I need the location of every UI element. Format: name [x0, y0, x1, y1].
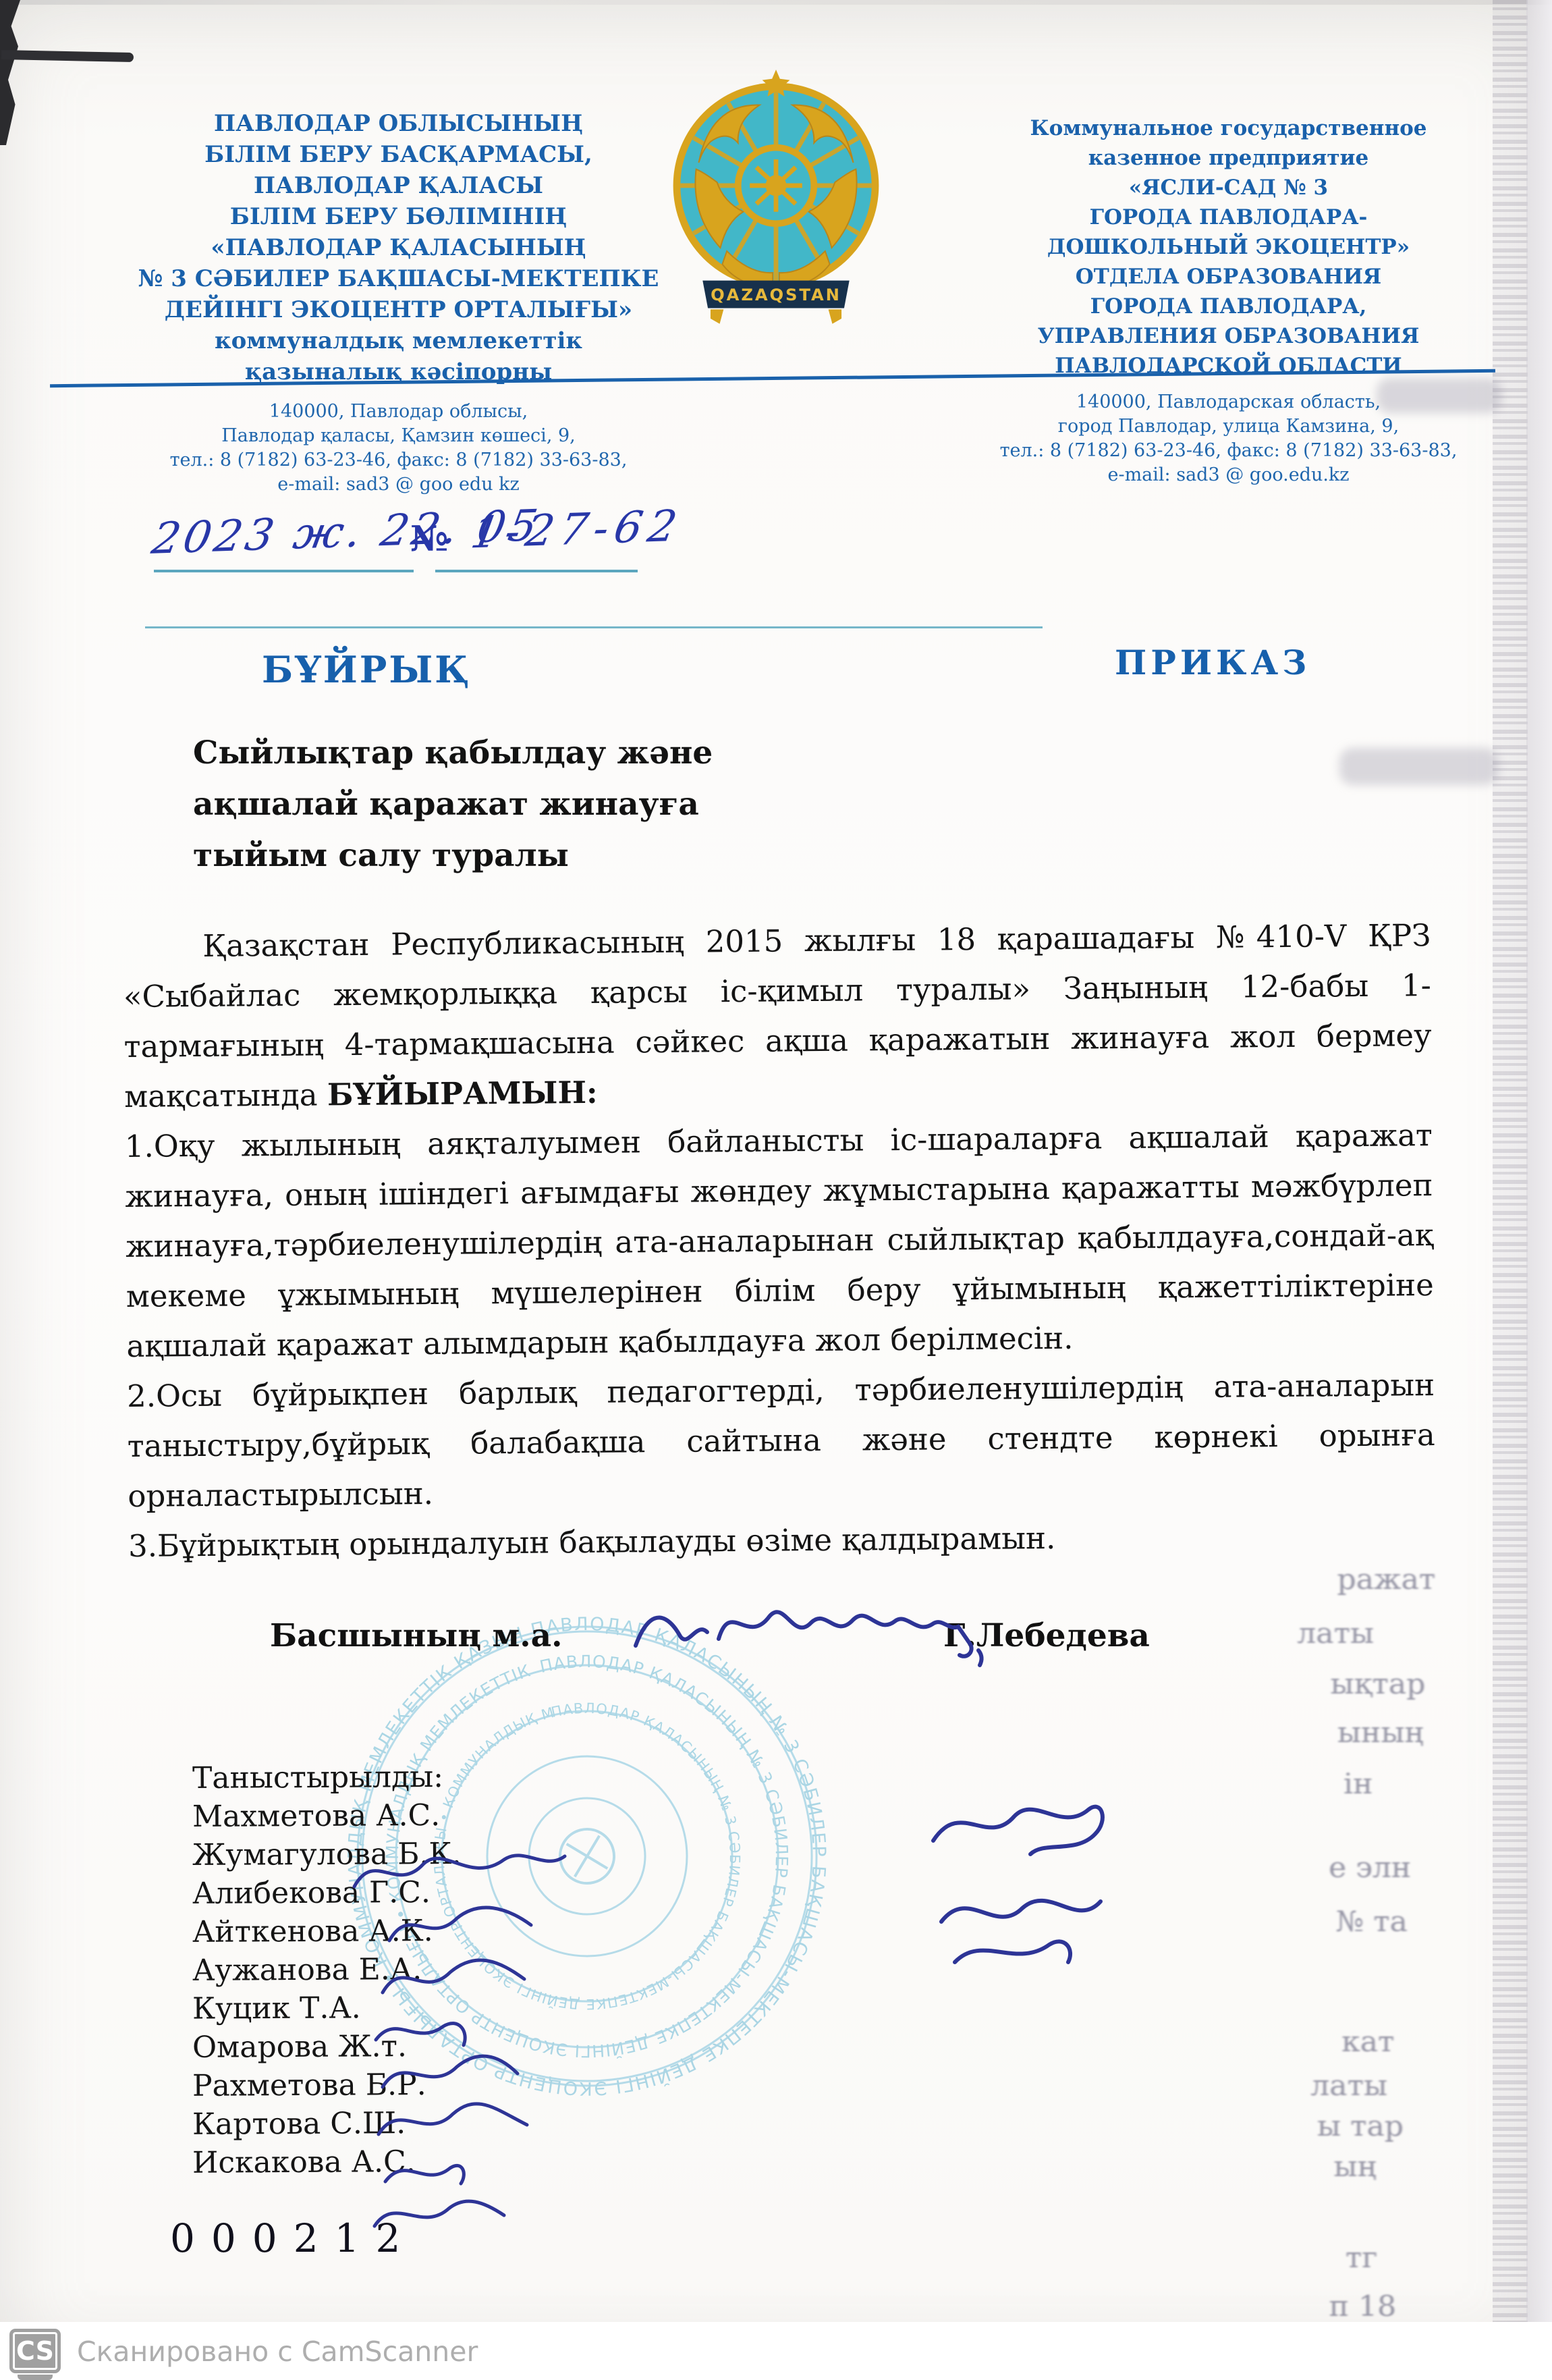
- camscanner-logo-flap: [18, 2375, 53, 2380]
- letterhead-line: коммуналдық мемлекеттік: [113, 325, 684, 356]
- address-line: Павлодар қаласы, Қамзин көшесі, 9,: [113, 424, 684, 448]
- scan-pen-mark: [1, 50, 134, 62]
- letterhead-line: ГОРОДА ПАВЛОДАРА-: [937, 202, 1520, 232]
- order-title-kazakh: БҰЙРЫҚ: [262, 648, 471, 691]
- order-title-russian: ПРИКАЗ: [1115, 643, 1310, 682]
- letterhead-line: ПАВЛОДАР ОБЛЫСЫНЫҢ: [113, 108, 684, 139]
- bleedthrough-text: ін: [1343, 1767, 1373, 1800]
- number-sign: №: [410, 518, 449, 560]
- address-line: e-mail: sad3 @ goo edu kz: [113, 472, 684, 497]
- letterhead-line: № 3 СӘБИЛЕР БАҚШАСЫ-МЕКТЕПКЕ: [113, 263, 684, 294]
- letterhead-russian: Коммунальное государственное казенное пр…: [937, 113, 1520, 381]
- order-preamble: Қазақстан Республикасының 2015 жылғы 18 …: [123, 911, 1433, 1122]
- letterhead-line: УПРАВЛЕНИЯ ОБРАЗОВАНИЯ: [937, 321, 1520, 351]
- order-verb: БҰЙЫРАМЫН:: [327, 1075, 598, 1112]
- bleedthrough-text: латы: [1297, 1617, 1374, 1650]
- handwritten-number: 1-27-62: [467, 502, 686, 559]
- scan-top-edge: [0, 0, 1552, 5]
- letterhead-line: «ЯСЛИ-САД № 3: [937, 173, 1520, 202]
- scan-smudge: [1339, 748, 1498, 785]
- address-line: город Павлодар, улица Камзина, 9,: [937, 414, 1520, 439]
- kazakhstan-emblem-icon: QAZAQSTAN: [665, 62, 887, 329]
- subject-line: тыйым салу туралы: [193, 830, 800, 882]
- letterhead-line: ОТДЕЛА ОБРАЗОВАНИЯ: [937, 262, 1520, 292]
- letterhead-line: Коммунальное государственное: [937, 113, 1520, 143]
- bleedthrough-text: ың: [1333, 2150, 1376, 2183]
- acquainted-label: Таныстырылды:: [192, 1760, 443, 1795]
- letterhead-line: ПАВЛОДАР ҚАЛАСЫ: [113, 170, 684, 201]
- scan-right-edge-paper: [1526, 0, 1552, 2380]
- emblem-banner-text: QAZAQSTAN: [711, 285, 841, 304]
- preamble-text: Қазақстан Республикасының 2015 жылғы 18 …: [123, 917, 1432, 1114]
- signer-role: Басшының м.а.: [270, 1617, 562, 1654]
- camscanner-logo-icon: CS: [9, 2329, 61, 2373]
- bleedthrough-text: ы тар: [1317, 2109, 1404, 2142]
- letterhead-line: БІЛІМ БЕРУ БӨЛІМІНІҢ: [113, 201, 684, 232]
- address-line: тел.: 8 (7182) 63-23-46, факс: 8 (7182) …: [113, 448, 684, 472]
- bleedthrough-text: ының: [1337, 1716, 1424, 1749]
- bleedthrough-text: ықтар: [1331, 1667, 1426, 1700]
- bleedthrough-text: кат: [1341, 2025, 1394, 2058]
- letterhead-line: ДОШКОЛЬНЫЙ ЭКОЦЕНТР»: [937, 232, 1520, 262]
- director-signature: [628, 1579, 1005, 1674]
- letterhead-line: БІЛІМ БЕРУ БАСҚАРМАСЫ,: [113, 139, 684, 170]
- subject-line: Сыйлықтар қабылдау және: [193, 728, 800, 779]
- address-line: 140000, Павлодарская область,: [937, 390, 1520, 414]
- address-kazakh: 140000, Павлодар облысы, Павлодар қаласы…: [113, 400, 684, 497]
- order-item-1: 1.Оқу жылының аяқталуымен байланысты іс-…: [125, 1110, 1435, 1372]
- empty-rule: [145, 626, 1043, 628]
- address-line: тел.: 8 (7182) 63-23-46, факс: 8 (7182) …: [937, 439, 1520, 463]
- bleedthrough-text: № та: [1335, 1905, 1407, 1938]
- camscanner-watermark-text: Сканировано с CamScanner: [77, 2335, 478, 2368]
- scan-corner-artifact: [0, 0, 20, 145]
- order-body: Қазақстан Республикасының 2015 жылғы 18 …: [123, 911, 1436, 1571]
- letterhead-kazakh: ПАВЛОДАР ОБЛЫСЫНЫҢ БІЛІМ БЕРУ БАСҚАРМАСЫ…: [113, 108, 684, 387]
- bleedthrough-text: ражат: [1337, 1563, 1436, 1596]
- letterhead-line: ГОРОДА ПАВЛОДАРА,: [937, 292, 1520, 321]
- subject-line: ақшалай қаражат жинауға: [193, 779, 800, 830]
- staff-signatures: [334, 1822, 590, 2254]
- bleedthrough-text: латы: [1310, 2069, 1387, 2102]
- order-item-2: 2.Осы бұйрықпен барлық педагогтерді, тәр…: [127, 1360, 1436, 1521]
- bleedthrough-text: п 18: [1329, 2290, 1397, 2323]
- bleedthrough-text: е элн: [1329, 1851, 1411, 1884]
- scanned-order-document: ПАВЛОДАР ОБЛЫСЫНЫҢ БІЛІМ БЕРУ БАСҚАРМАСЫ…: [0, 0, 1552, 2380]
- letterhead-line: ДЕЙІНГІ ЭКОЦЕНТР ОРТАЛЫҒЫ»: [113, 294, 684, 325]
- letterhead-line: «ПАВЛОДАР ҚАЛАСЫНЫҢ: [113, 232, 684, 263]
- reg-underline: [154, 570, 414, 572]
- order-item-3: 3.Бұйрықтың орындалуын бақылауды өзіме қ…: [128, 1510, 1437, 1571]
- letterhead-line: казенное предприятие: [937, 143, 1520, 173]
- reg-underline: [435, 570, 638, 572]
- page-number-stamp: 000212: [170, 2215, 416, 2261]
- address-russian: 140000, Павлодарская область, город Павл…: [937, 390, 1520, 487]
- bleedthrough-text: тг: [1346, 2241, 1378, 2274]
- address-line: e-mail: sad3 @ goo.edu.kz: [937, 463, 1520, 487]
- order-subject: Сыйлықтар қабылдау және ақшалай қаражат …: [193, 728, 800, 882]
- approval-signatures: [914, 1785, 1117, 2015]
- address-line: 140000, Павлодар облысы,: [113, 400, 684, 424]
